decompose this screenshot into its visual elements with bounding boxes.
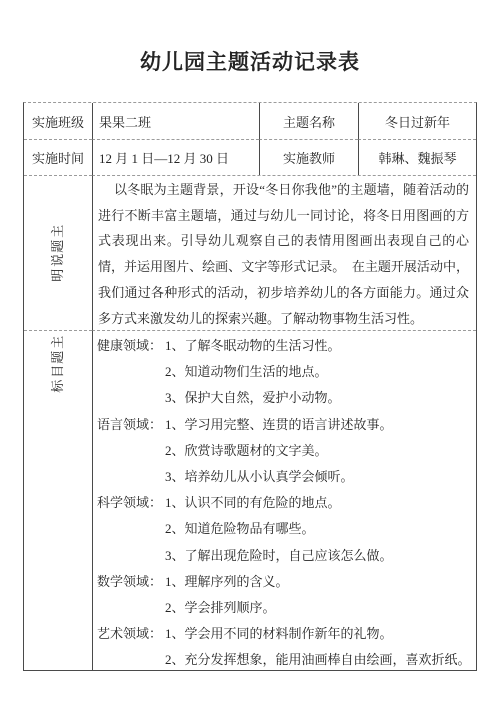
cell-theme-description-content: 以冬眠为主题背景，开设“冬日你我他”的主题墙，随着活动的进行不断丰富主题墙，通过… xyxy=(92,175,476,330)
theme-goals-list: 健康领域：1、了解冬眠动物的生活习性。2、知道动物们生活的地点。3、保护大自然，… xyxy=(97,333,476,670)
cell-class-value: 果果二班 xyxy=(92,103,259,139)
goal-item: 3、培养幼儿从小认真学会倾听。 xyxy=(165,464,476,490)
goal-domain-row: 数学领域：1、理解序列的含义。2、学会排列顺序。 xyxy=(97,569,476,621)
goal-item: 2、充分发挥想象，能用油画棒自由绘画，喜欢折纸。 xyxy=(165,647,476,670)
goal-domain-label: 数学领域： xyxy=(97,569,165,621)
goal-item: 3、保护大自然，爱护小动物。 xyxy=(165,385,476,411)
theme-goals-label: 主题目标 xyxy=(50,335,66,393)
vertical-label-char: 明 xyxy=(51,267,66,283)
cell-time-value: 12 月 1 日—12 月 30 日 xyxy=(92,139,259,175)
goal-domain-row: 艺术领域：1、学会用不同的材料制作新年的礼物。2、充分发挥想象，能用油画棒自由绘… xyxy=(97,621,476,670)
goal-item: 1、学习用完整、连贯的语言讲述故事。 xyxy=(165,412,476,438)
cell-theme-goals-content: 健康领域：1、了解冬眠动物的生活习性。2、知道动物们生活的地点。3、保护大自然，… xyxy=(92,330,476,670)
goal-item: 2、欣赏诗歌题材的文字美。 xyxy=(165,438,476,464)
document-title: 幼儿园主题活动记录表 xyxy=(0,46,500,76)
goal-item: 1、理解序列的含义。 xyxy=(165,569,476,595)
cell-time-label: 实施时间 xyxy=(24,139,92,175)
goal-domain-label: 科学领域： xyxy=(97,490,165,569)
goal-item: 2、学会排列顺序。 xyxy=(165,595,476,621)
goal-item: 3、了解出现危险时，自己应该怎么做。 xyxy=(165,543,476,569)
vertical-label-char: 标 xyxy=(51,378,66,394)
goal-item: 1、学会用不同的材料制作新年的礼物。 xyxy=(165,621,476,647)
cell-class-label: 实施班级 xyxy=(24,103,92,139)
cell-theme-name-value: 冬日过新年 xyxy=(358,103,476,139)
vertical-label-char: 主 xyxy=(51,223,66,239)
goal-domain-items: 1、认识不同的有危险的地点。2、知道危险物品有哪些。3、了解出现危险时，自己应该… xyxy=(165,490,476,569)
goal-domain-label: 艺术领域： xyxy=(97,621,165,670)
vertical-label-char: 说 xyxy=(51,252,66,268)
theme-description-label: 主题说明 xyxy=(50,224,66,282)
goal-domain-row: 科学领域：1、认识不同的有危险的地点。2、知道危险物品有哪些。3、了解出现危险时… xyxy=(97,490,476,569)
cell-teacher-value: 韩琳、魏振琴 xyxy=(358,139,476,175)
goal-domain-items: 1、理解序列的含义。2、学会排列顺序。 xyxy=(165,569,476,621)
cell-teacher-label: 实施教师 xyxy=(259,139,358,175)
goal-domain-items: 1、学会用不同的材料制作新年的礼物。2、充分发挥想象，能用油画棒自由绘画，喜欢折… xyxy=(165,621,476,670)
activity-record-table: 实施班级 果果二班 主题名称 冬日过新年 实施时间 12 月 1 日—12 月 … xyxy=(23,102,477,671)
cell-theme-name-label: 主题名称 xyxy=(259,103,358,139)
goal-item: 1、认识不同的有危险的地点。 xyxy=(165,490,476,516)
goal-item: 2、知道危险物品有哪些。 xyxy=(165,516,476,542)
cell-theme-description-label: 主题说明 xyxy=(24,175,92,330)
goal-item: 1、了解冬眠动物的生活习性。 xyxy=(165,333,476,359)
goal-domain-items: 1、了解冬眠动物的生活习性。2、知道动物们生活的地点。3、保护大自然，爱护小动物… xyxy=(165,333,476,412)
goal-domain-row: 健康领域：1、了解冬眠动物的生活习性。2、知道动物们生活的地点。3、保护大自然，… xyxy=(97,333,476,412)
cell-theme-goals-label: 主题目标 xyxy=(24,330,92,670)
goal-item: 2、知道动物们生活的地点。 xyxy=(165,359,476,385)
goal-domain-items: 1、学习用完整、连贯的语言讲述故事。2、欣赏诗歌题材的文字美。3、培养幼儿从小认… xyxy=(165,412,476,491)
vertical-label-char: 目 xyxy=(51,363,66,379)
theme-description-text: 以冬眠为主题背景，开设“冬日你我他”的主题墙，随着活动的进行不断丰富主题墙，通过… xyxy=(98,177,469,330)
goal-domain-label: 健康领域： xyxy=(97,333,165,412)
vertical-label-char: 主 xyxy=(51,334,66,350)
goal-domain-label: 语言领域： xyxy=(97,412,165,491)
goal-domain-row: 语言领域：1、学习用完整、连贯的语言讲述故事。2、欣赏诗歌题材的文字美。3、培养… xyxy=(97,412,476,491)
